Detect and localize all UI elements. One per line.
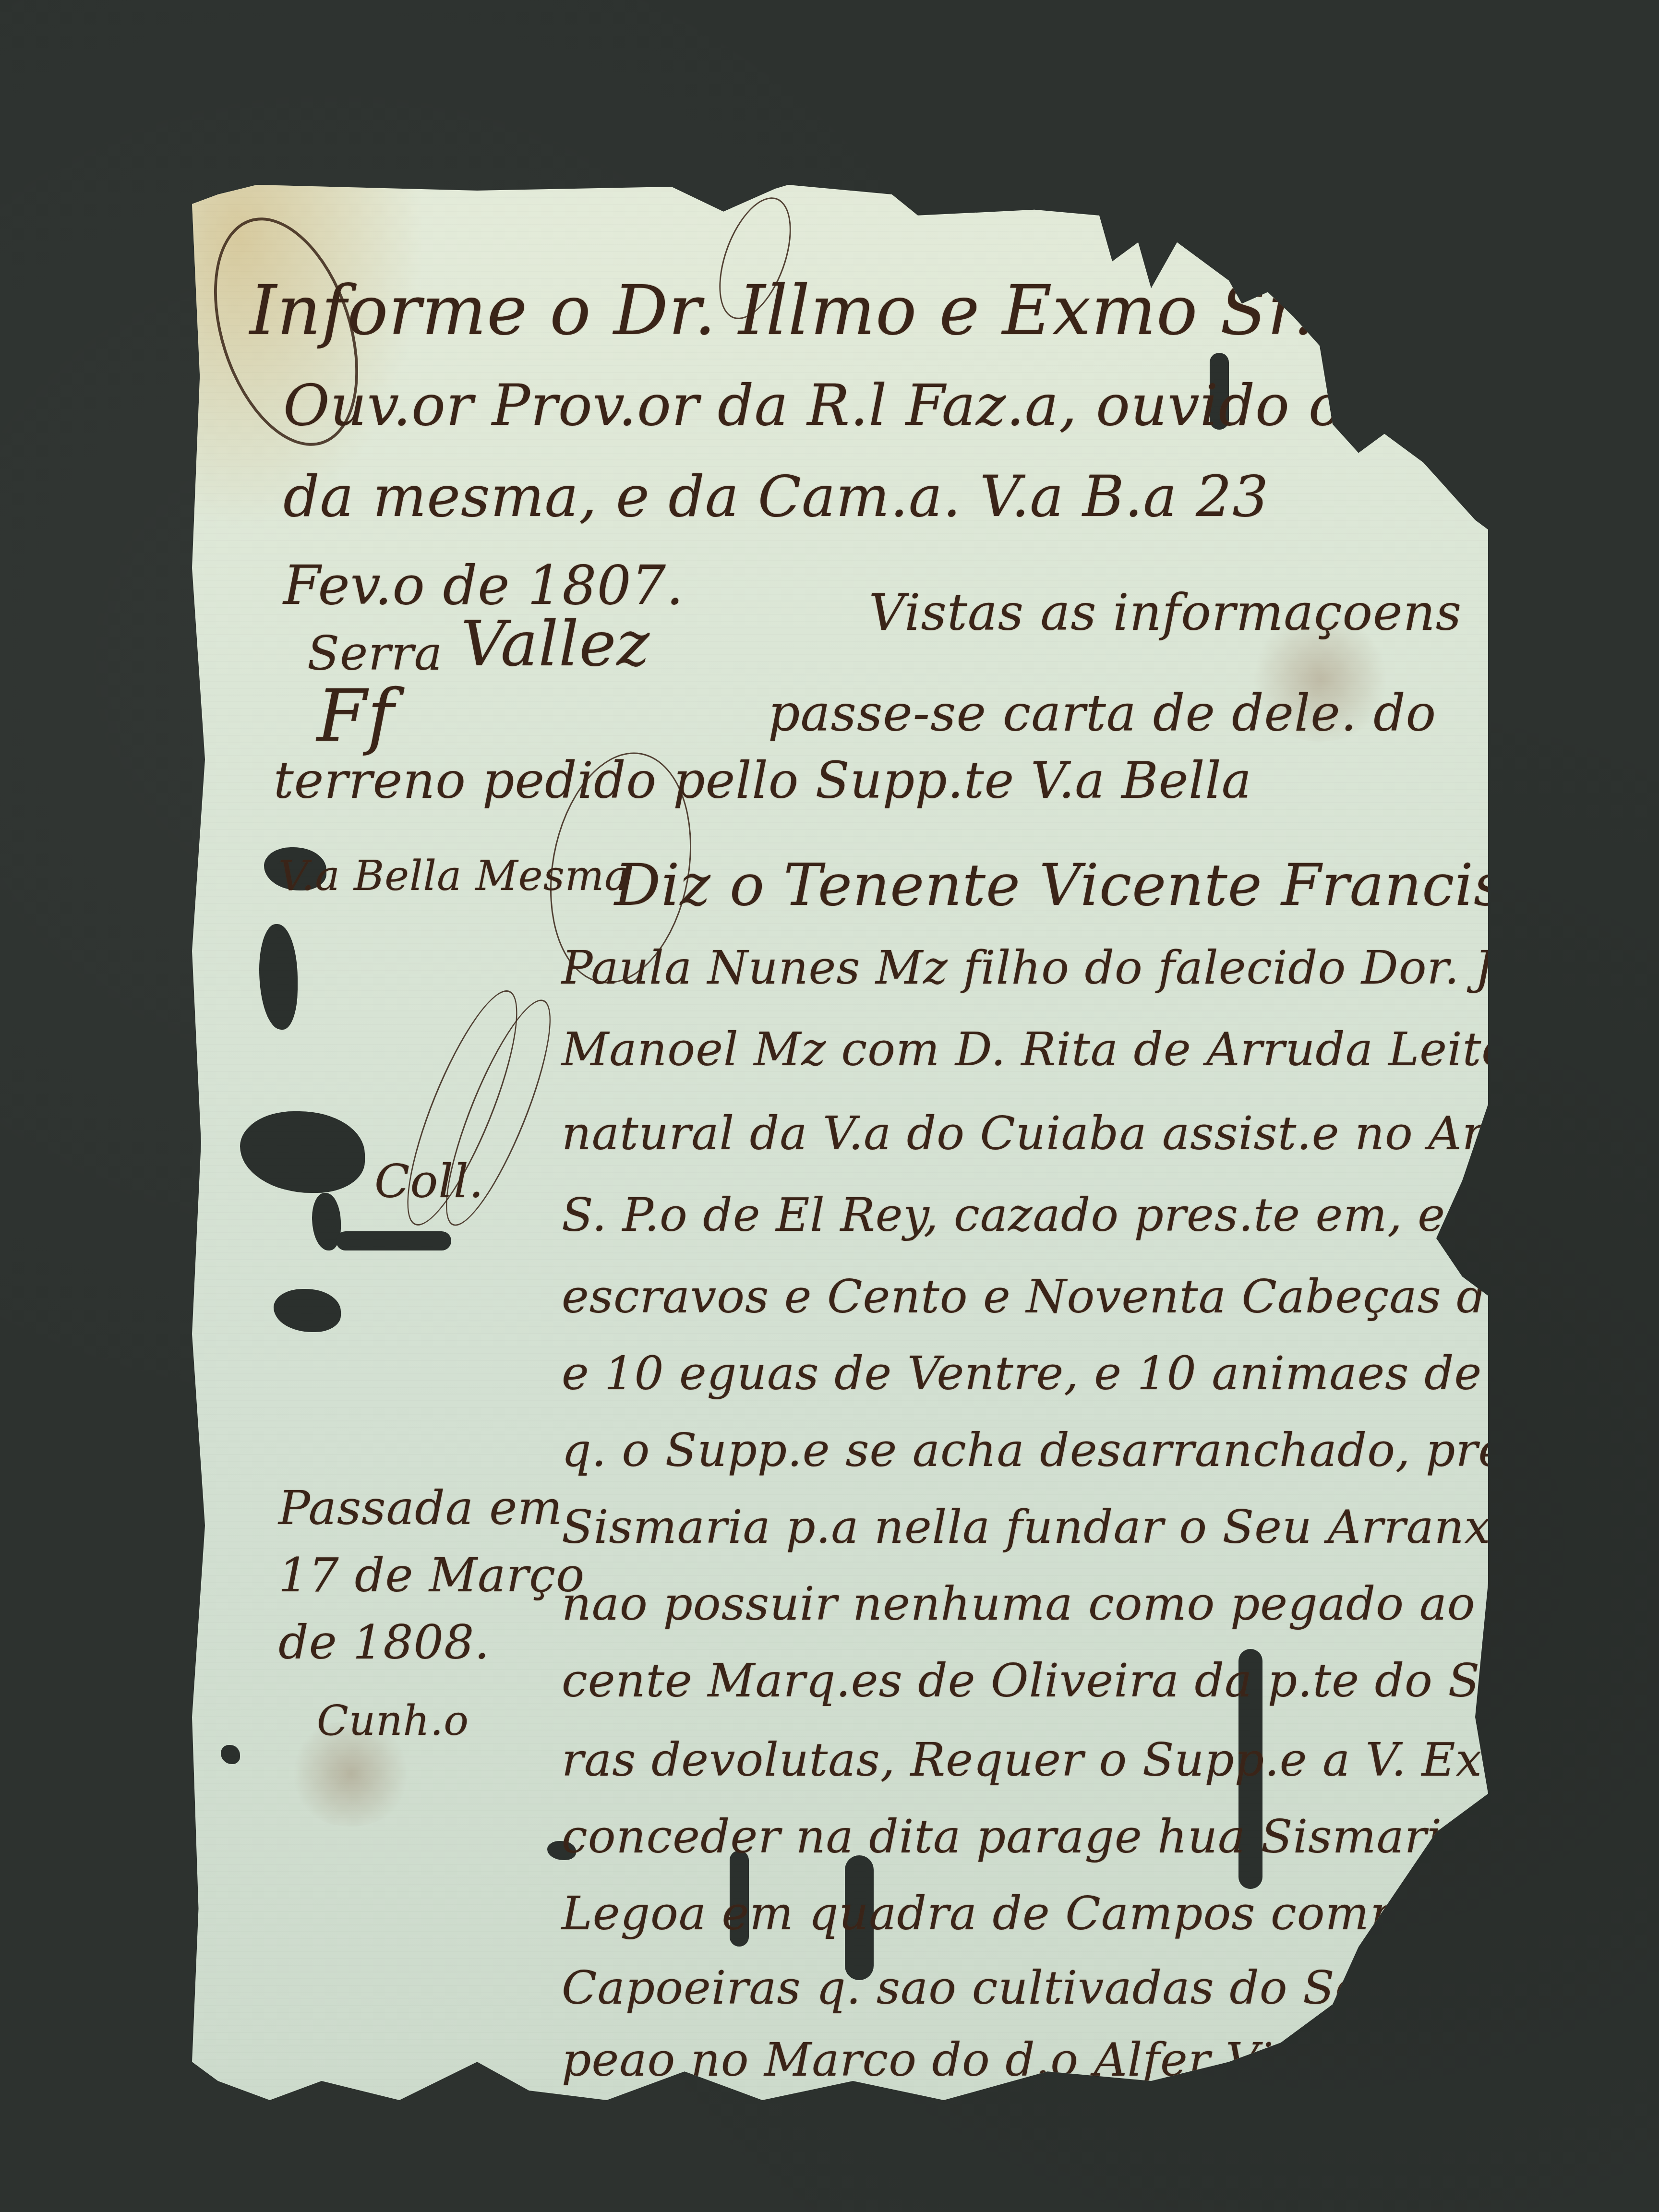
- ink-blot: [274, 1289, 341, 1332]
- registration-line-2: 17 de Março: [278, 1548, 585, 1603]
- dispatch-line-1: Vistas as informaçoens: [869, 583, 1462, 642]
- ink-blot: [547, 1841, 576, 1860]
- petition-line-3: Manoel Mz com D. Rita de Arruda Leite,: [562, 1022, 1525, 1076]
- ink-blot: [240, 1111, 365, 1193]
- heading-line-1: Informe o Dr. Illmo e Exmo Sr.: [250, 271, 1315, 350]
- ink-blot: [259, 924, 298, 1030]
- rubric-flourish: [427, 990, 569, 1236]
- petition-line-2: Paula Nunes Mz filho do falecido Dor. Jo…: [562, 941, 1575, 995]
- margin-signature-coll: Coll.: [374, 1154, 484, 1208]
- ink-blot: [1210, 353, 1229, 430]
- ink-blot: [336, 1231, 451, 1250]
- stain: [288, 1721, 413, 1827]
- ink-blot: [264, 847, 326, 890]
- registration-line-1: Passada em: [278, 1481, 563, 1536]
- stain: [1248, 617, 1392, 742]
- dispatch-signature-mid: Vallez: [461, 607, 650, 680]
- heading-flourish: [188, 199, 385, 464]
- ink-blot: [730, 1851, 749, 1947]
- registration-signature: Cunh.o: [317, 1697, 469, 1745]
- dispatch-line-3: terreno pedido pello Supp.te V.a Bella: [274, 751, 1252, 810]
- dispatch-signature-left: Serra: [307, 626, 443, 681]
- registration-line-3: de 1808.: [278, 1615, 490, 1670]
- dispatch-line-2: passe-se carta de dele. do: [768, 684, 1436, 743]
- ink-blot: [1238, 1649, 1262, 1889]
- margin-note-left-mid: V.a Bella Mesma: [278, 852, 630, 900]
- margin-flourish-ff: Ff: [317, 674, 395, 758]
- rubric-flourish: [387, 980, 538, 1237]
- manuscript-page: Informe o Dr. Illmo e Exmo Sr. Ouv.or Pr…: [192, 185, 1488, 2100]
- ink-blot: [312, 1193, 341, 1250]
- heading-line-3: da mesma, e da Cam.a. V.a B.a 23: [283, 463, 1269, 529]
- ink-blot: [845, 1855, 874, 1980]
- heading-line-2: Ouv.or Prov.or da R.l Faz.a, ouvido o Dr…: [283, 372, 1447, 438]
- dispatch-flourish: [533, 741, 709, 995]
- heading-line-4: Fev.o de 1807.: [283, 554, 684, 617]
- ink-blot: [221, 1745, 240, 1764]
